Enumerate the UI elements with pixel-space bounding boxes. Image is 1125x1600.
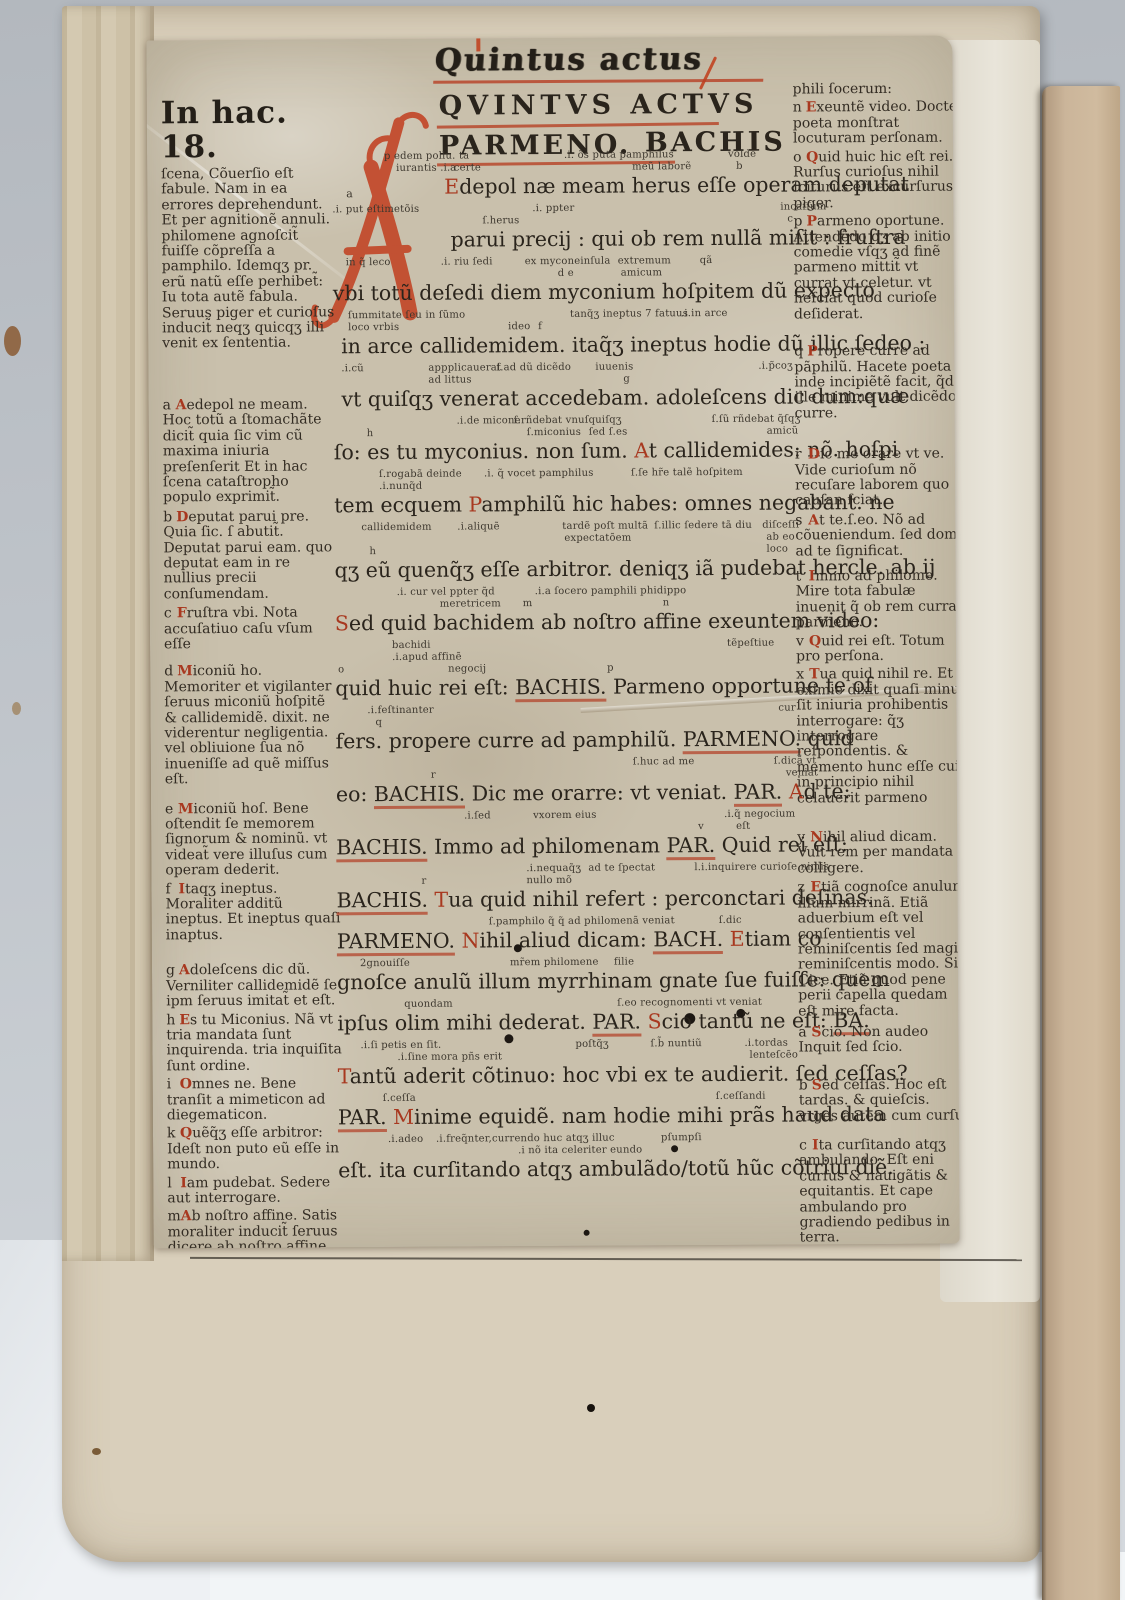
ink-spot [584, 1230, 590, 1236]
stain [92, 1448, 101, 1455]
commentary-entry: m Ab noſtro affine. Satis moraliter indu… [167, 1209, 344, 1249]
commentary-entry: p Parmeno oportune. Attendẽdo qʒ ab init… [793, 214, 959, 323]
commentary-entry: f Itaqʒ ineptus. Moraliter additũ ineptu… [165, 881, 341, 944]
commentary-entry: h Es tu Miconius. Nã vt tria mandata ſun… [166, 1012, 342, 1075]
commentary-entry: g Adoleſcens dic dũ. Verniliter callidem… [166, 963, 342, 1010]
adjacent-page-fore-edge [1042, 86, 1120, 1600]
commentary-entry: e Miconiũ hoſ. Bene oſtendit ſe memorem … [165, 801, 341, 879]
commentary-entry: y Nihil aliud dicam. Vult rem per mandat… [797, 830, 960, 877]
commentary-entry: i Omnes ne. Bene tranſit a mimeticon ad … [167, 1076, 343, 1123]
commentary-entry: b Sed ceſſas. Hoc eſt tardas. & quieſcis… [799, 1077, 960, 1124]
edge-stain [4, 326, 21, 356]
photo-of-incunable-page: Quintus actus QVINTVS ACTVS PARMENO. BAC… [0, 0, 1125, 1600]
commentary-entry: q Propere curre ad pãphilũ. Hacete poeta… [794, 344, 959, 422]
edge-stain [12, 702, 21, 715]
left-page-edges [62, 6, 154, 1261]
commentary-entry: l Iam pudebat. Sedere aut interrogare. [167, 1175, 343, 1207]
right-commentary-entries: n Exeuntẽ video. Docte poeta monſtrat lo… [793, 100, 960, 1246]
commentary-entry: v Quid rei eſt. Totum pro perſona. [796, 633, 960, 665]
commentary-entry: a Aedepol ne meam. Hoc totũ a ſtomachãte… [163, 397, 340, 506]
book-page: Quintus actus QVINTVS ACTVS PARMENO. BAC… [62, 6, 1040, 1562]
commentary-entry: c Fruſtra vbi. Nota accuſatiuo caſu vſum… [164, 605, 340, 652]
commentary-entry: t Immo ad philome. Mire tota fabulæ inue… [796, 568, 960, 631]
leaf-bottom-edge-line [190, 1257, 1022, 1261]
commentary-entry: z Etiã cognoſce anulum illum mirrinã. Et… [797, 880, 959, 1020]
commentary-entry: x Tua quid nihil re. Et eximie dixit qua… [796, 667, 960, 807]
commentary-entry: s At te.ſ.eo. Nõ ad cõueniendum. ſed dom… [795, 512, 959, 559]
commentary-entry: n Exeuntẽ video. Docte poeta monſtrat lo… [793, 100, 960, 147]
commentary-heading: In hac. 18. [161, 95, 337, 164]
commentary-entry: c Ita curſitando atqʒ ambulando. Eſt eni… [799, 1137, 960, 1246]
commentary-entry: a Scio. Non audeo Inquit ſed ſcio. [798, 1024, 959, 1056]
commentary-entry: k Quẽq̃ʒ eſſe arbitror: Ideſt non puto e… [167, 1126, 343, 1173]
left-commentary-column: In hac. 18. ſcena, Cõuerſio eſt fabule. … [161, 95, 344, 1248]
commentary-entry: b Deputat parui pre. Quia ſic. ſ abutit̃… [163, 509, 340, 603]
act-heading: QVINTVS ACTVS [439, 89, 759, 122]
commentary-carryover: phili ſocerum: [793, 81, 960, 97]
ink-spot [587, 1404, 595, 1412]
left-commentary-entries: a Aedepol ne meam. Hoc totũ a ſtomachãte… [163, 397, 345, 1248]
commentary-entry: d Miconiũ ho. Memoriter et vigilanter ſe… [164, 664, 341, 788]
commentary-entry: o Quid huic hic eſt rei. Rurſus curioſus… [793, 149, 960, 212]
commentary-entry: r Dic me orare vt ve. Vide curioſum nõ r… [795, 447, 960, 510]
printed-leaf: Quintus actus QVINTVS ACTVS PARMENO. BAC… [146, 36, 959, 1249]
right-commentary-column: phili ſocerum: n Exeuntẽ video. Docte po… [793, 81, 960, 1248]
commentary-intro: ſcena, Cõuerſio eſt fabule. Nam in ea er… [161, 166, 338, 352]
manuscript-running-title: Quintus actus [433, 41, 766, 84]
